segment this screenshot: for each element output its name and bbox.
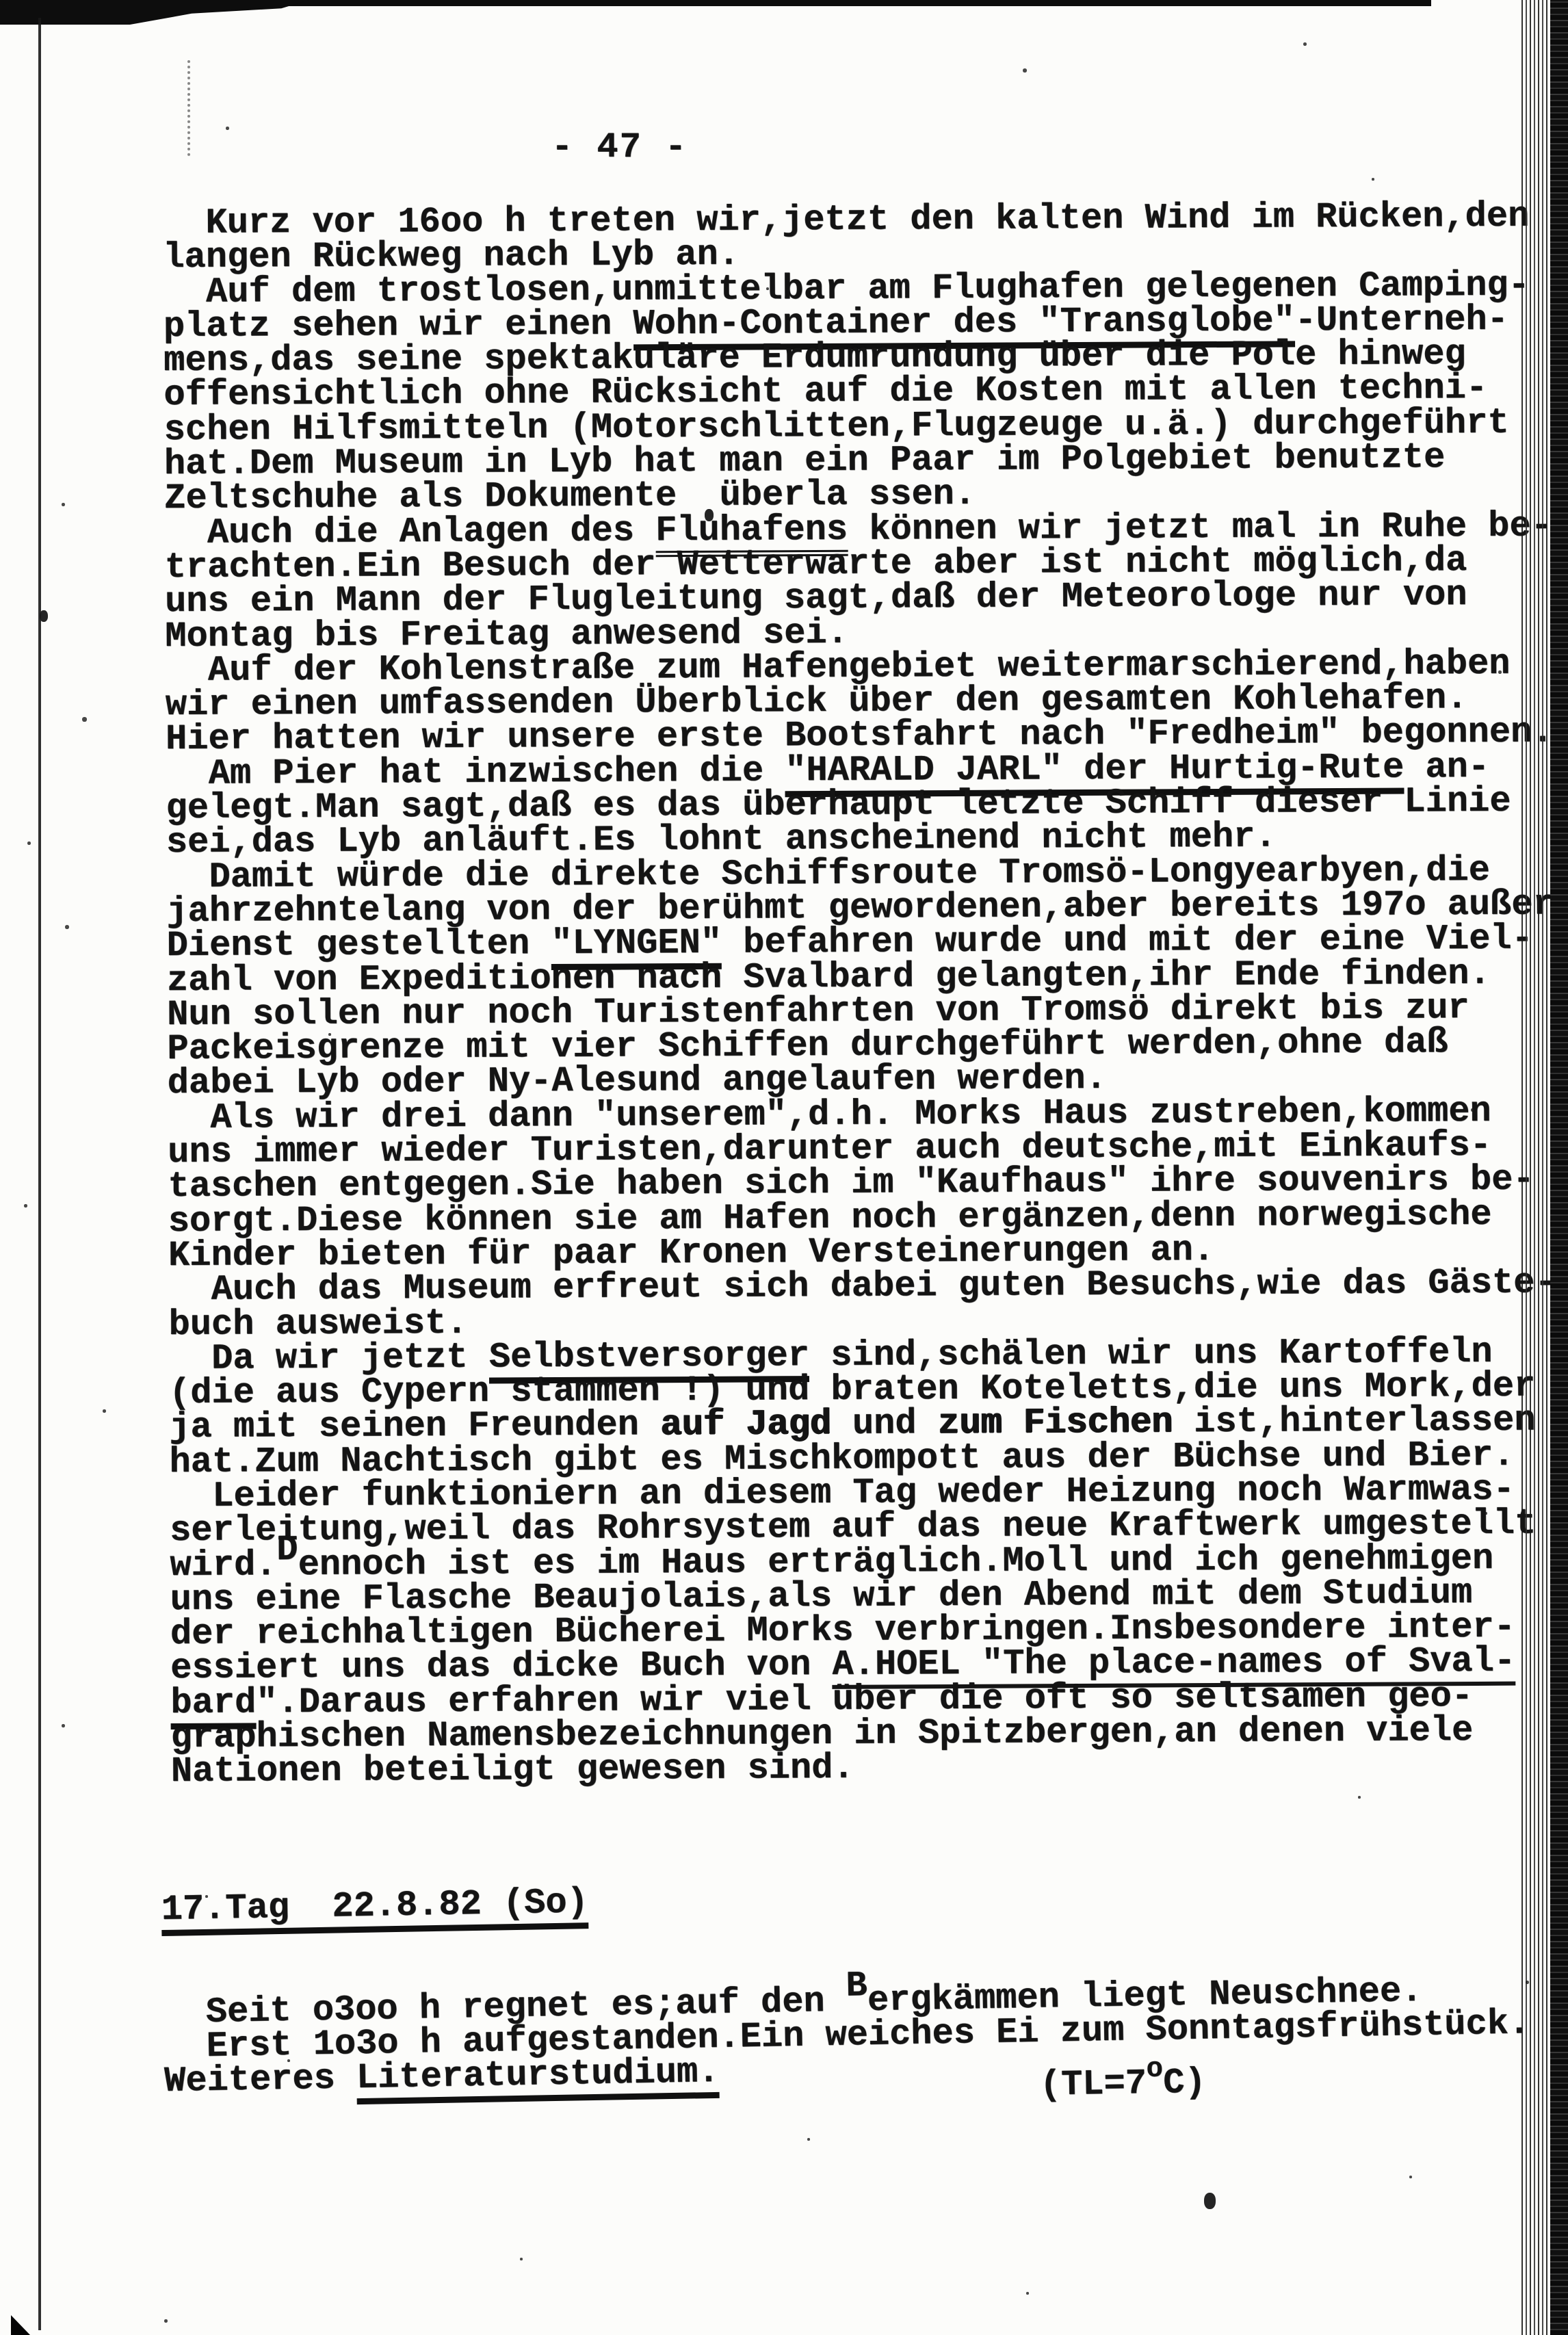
- scan-speckle: [164, 2319, 168, 2323]
- scan-left-crease-line: [38, 18, 41, 2330]
- scan-speckle: [1023, 68, 1027, 73]
- text-segment: C): [1163, 2062, 1206, 2103]
- scan-speckle: [807, 2138, 810, 2141]
- text-segment: (TL=7: [1039, 2063, 1147, 2105]
- text-segment: Weiteres: [164, 2059, 357, 2102]
- scan-corner-mark: [11, 2315, 30, 2335]
- text-line: Nationen beteiligt gewesen sind.: [171, 1748, 1559, 1790]
- scan-speckle: [1303, 42, 1307, 46]
- text-line: Kurz vor 16oo h treten wir,jetzt den kal…: [163, 199, 1551, 241]
- scan-speckle: [1026, 2292, 1029, 2295]
- scan-speckle: [82, 717, 87, 722]
- text-segment: B: [846, 1966, 867, 2007]
- scan-speckle: [226, 127, 229, 130]
- text-line: Auch das Museum erfreut sich dabei guten…: [168, 1266, 1556, 1308]
- page-tail-text: 17.Tag 22.8.82 (So) Seit o3oo h regnet e…: [161, 1869, 1530, 2100]
- text-segment: [719, 2046, 1040, 2092]
- scan-speckle: [103, 1409, 106, 1413]
- scan-speckle: [62, 503, 65, 506]
- scan-speckle: [27, 842, 31, 845]
- scan-speckle: [520, 2258, 523, 2260]
- text-segment: D: [276, 1530, 298, 1570]
- scan-speckle: [1358, 1796, 1361, 1799]
- scan-left-dotted-line: [187, 60, 190, 156]
- scan-speckle: [1409, 2176, 1412, 2178]
- scan-speckle: [62, 1724, 65, 1727]
- scanned-page: - 47 - Kurz vor 16oo h treten wir,jetzt …: [0, 0, 1568, 2335]
- ink-blob: [40, 610, 48, 622]
- text-line: graphischen Namensbezeichnungen in Spitz…: [171, 1713, 1559, 1755]
- ink-blob: [1204, 2193, 1216, 2209]
- page-number: - 47 -: [551, 127, 688, 168]
- underlined-text: 17.Tag 22.8.82 (So): [161, 1882, 588, 1936]
- underlined-text: Literaturstudium.: [356, 2052, 720, 2104]
- scan-speckle: [1372, 178, 1374, 181]
- page-body-text: Kurz vor 16oo h treten wir,jetzt den kal…: [163, 199, 1558, 1789]
- text-line: uns ein Mann der Flugleitung sagt,daß de…: [165, 578, 1553, 620]
- scan-top-edge-wedge: [0, 0, 309, 25]
- text-segment: o: [1146, 2053, 1163, 2085]
- scan-top-edge: [0, 0, 1431, 6]
- scan-speckle: [65, 925, 69, 929]
- scan-speckle: [24, 1204, 27, 1208]
- text-segment: Nationen beteiligt gewesen sind.: [171, 1748, 854, 1792]
